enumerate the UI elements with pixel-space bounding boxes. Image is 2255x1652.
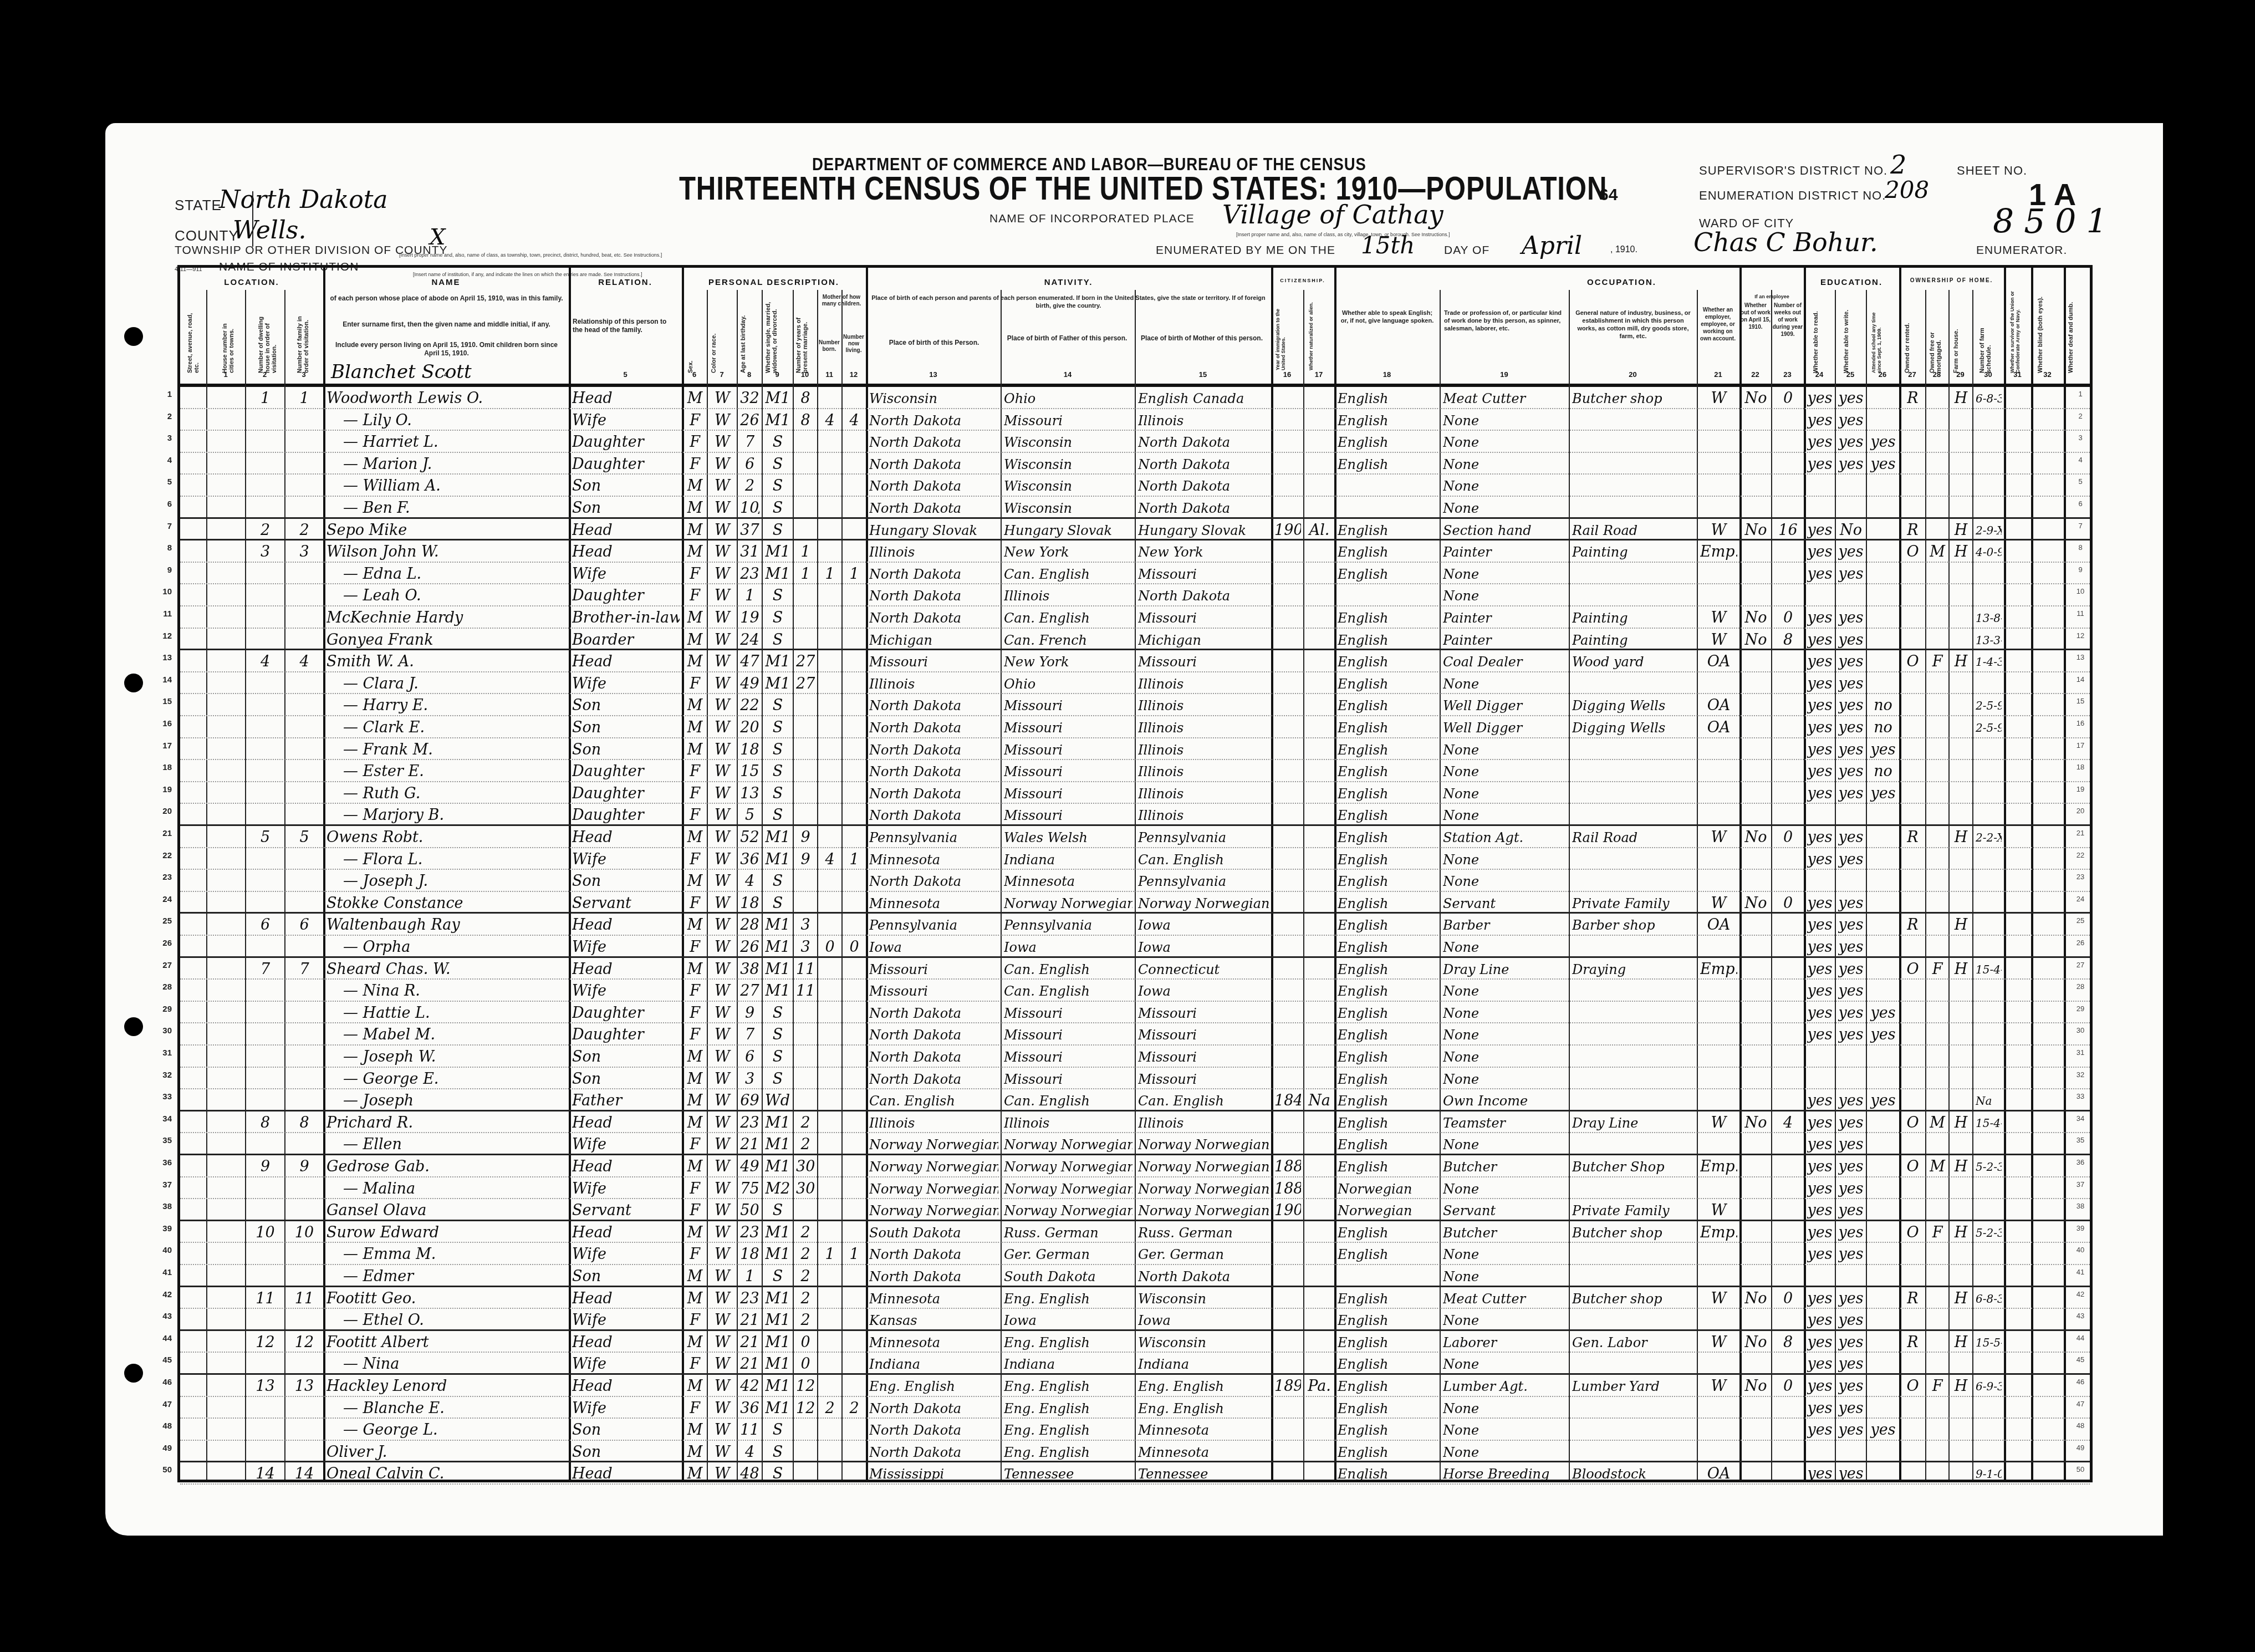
cell-fh xyxy=(1952,1133,1970,1155)
cell-sch xyxy=(1869,606,1897,629)
cell-nat xyxy=(1307,1309,1332,1331)
cell-sch xyxy=(1869,1331,1897,1353)
cell-sex: M xyxy=(685,738,705,761)
column-number: 14 xyxy=(1001,370,1135,379)
cell-dw xyxy=(248,760,282,782)
cell-sex: F xyxy=(685,848,705,870)
cell-race: W xyxy=(710,629,734,651)
cell-nat xyxy=(1307,475,1332,497)
cell-bf: Ohio xyxy=(1004,387,1132,409)
cell-fam xyxy=(288,1177,321,1200)
table-row: 55Owens Robt.HeadMW52M19PennsylvaniaWale… xyxy=(180,826,2090,848)
cell-fh xyxy=(1952,1462,1970,1485)
cell-fh: H xyxy=(1952,1221,1970,1243)
cell-trade: None xyxy=(1443,1177,1567,1200)
cell-own xyxy=(1902,1441,1923,1463)
cell-rel: Wife xyxy=(572,1397,680,1419)
cell-fh xyxy=(1952,1068,1970,1090)
cell-race: W xyxy=(710,409,734,431)
cell-ind xyxy=(1572,1397,1695,1419)
cell-liv xyxy=(845,519,864,541)
cell-trade: Own Income xyxy=(1443,1089,1567,1111)
cell-emp xyxy=(1700,1002,1737,1024)
cell-liv: 1 xyxy=(845,848,864,870)
cell-sch xyxy=(1869,1068,1897,1090)
cell-lang: English xyxy=(1338,1353,1437,1375)
cell-rd: yes xyxy=(1807,1023,1833,1046)
cell-lang: English xyxy=(1338,519,1437,541)
cell-imm: 1889 xyxy=(1274,1155,1301,1177)
cell-wks xyxy=(1774,1353,1802,1375)
cell-ind xyxy=(1572,870,1695,892)
cell-nat xyxy=(1307,1133,1332,1155)
cell-race: W xyxy=(710,1089,734,1111)
ed-value: 208 xyxy=(1885,176,1929,203)
cell-fh xyxy=(1952,804,1970,826)
cell-race: W xyxy=(710,563,734,585)
cell-bm: Illinois xyxy=(1138,672,1269,695)
township-note: [Insert proper name and, also, name of c… xyxy=(399,252,662,258)
cell-trade: Well Digger xyxy=(1443,716,1567,738)
cell-born: 4 xyxy=(820,848,839,870)
table-row: — JosephFatherMW69Wd.Can. EnglishCan. En… xyxy=(180,1089,2090,1111)
cell-bf: Can. English xyxy=(1004,958,1132,980)
cell-mort xyxy=(1929,1177,1946,1200)
cell-oow xyxy=(1743,672,1769,695)
cell-lang: English xyxy=(1338,387,1437,409)
cell-fam xyxy=(288,694,321,716)
cell-mort: F xyxy=(1929,1221,1946,1243)
cell-oow xyxy=(1743,497,1769,519)
cell-wr: yes xyxy=(1838,782,1864,804)
cell-nat: Al. xyxy=(1307,519,1332,541)
cell-mar: S xyxy=(765,1441,790,1463)
cell-oow xyxy=(1743,1068,1769,1090)
cell-race: W xyxy=(710,1199,734,1221)
cell-rd: yes xyxy=(1807,387,1833,409)
note-immigration: Year of immigration to the United States… xyxy=(1275,295,1295,370)
table-row: 99Gedrose Gab.HeadMW49M130Norway Norwegi… xyxy=(180,1155,2090,1177)
cell-wr xyxy=(1838,584,1864,606)
cell-born xyxy=(820,716,839,738)
cell-born xyxy=(820,826,839,848)
cell-born xyxy=(820,804,839,826)
cell-liv xyxy=(845,1046,864,1068)
cell-bp: North Dakota xyxy=(869,1068,998,1090)
state-value: North Dakota xyxy=(219,186,388,214)
cell-sch xyxy=(1869,497,1897,519)
cell-sch xyxy=(1869,1177,1897,1200)
cell-lang: English xyxy=(1338,1221,1437,1243)
cell-yrs xyxy=(796,1419,815,1441)
cell-nat xyxy=(1307,782,1332,804)
column-number: 1 xyxy=(206,370,245,379)
line-number: 38 xyxy=(155,1202,172,1211)
cell-race: W xyxy=(710,914,734,936)
cell-sex: F xyxy=(685,804,705,826)
cell-rel: Son xyxy=(572,716,680,738)
cell-liv xyxy=(845,1462,864,1485)
cell-sex: M xyxy=(685,694,705,716)
cell-imm xyxy=(1274,1419,1301,1441)
note-birth-person: Place of birth of this Person. xyxy=(870,339,998,347)
cell-sch xyxy=(1869,519,1897,541)
cell-race: W xyxy=(710,672,734,695)
cell-ind xyxy=(1572,409,1695,431)
cell-born xyxy=(820,1177,839,1200)
cell-lang: English xyxy=(1338,1068,1437,1090)
cell-rel: Wife xyxy=(572,1133,680,1155)
cell-imm xyxy=(1274,650,1301,672)
cell-bm: Can. English xyxy=(1138,1089,1269,1111)
cell-lang: English xyxy=(1338,1397,1437,1419)
cell-rd: yes xyxy=(1807,1419,1833,1441)
cell-ind xyxy=(1572,1089,1695,1111)
cell-lang xyxy=(1338,475,1437,497)
cell-yrs xyxy=(796,606,815,629)
cell-race: W xyxy=(710,1353,734,1375)
cell-sex: M xyxy=(685,1155,705,1177)
cell-oow xyxy=(1743,453,1769,475)
cell-dw xyxy=(248,1133,282,1155)
cell-rel: Daughter xyxy=(572,1023,680,1046)
column-number: 20 xyxy=(1569,370,1697,379)
cell-rd: yes xyxy=(1807,936,1833,958)
cell-sch xyxy=(1869,1111,1897,1134)
cell-nat xyxy=(1307,409,1332,431)
cell-lang: English xyxy=(1338,716,1437,738)
cell-bf: Pennsylvania xyxy=(1004,914,1132,936)
column-number: 15 xyxy=(1135,370,1271,379)
cell-born xyxy=(820,541,839,563)
cell-lang: English xyxy=(1338,1287,1437,1309)
cell-age: 18 xyxy=(740,738,759,761)
cell-bf: Norway Norwegian xyxy=(1004,1199,1132,1221)
cell-bp: North Dakota xyxy=(869,1397,998,1419)
cell-fs xyxy=(1976,1046,2002,1068)
cell-rel: Daughter xyxy=(572,1002,680,1024)
cell-emp: W xyxy=(1700,892,1737,914)
cell-emp xyxy=(1700,563,1737,585)
line-number: 48 xyxy=(155,1421,172,1431)
cell-wr: yes xyxy=(1838,541,1864,563)
cell-rd xyxy=(1807,584,1833,606)
cell-trade: None xyxy=(1443,1419,1567,1441)
cell-race: W xyxy=(710,1046,734,1068)
cell-bm: Russ. German xyxy=(1138,1221,1269,1243)
cell-yrs: 12 xyxy=(796,1375,815,1397)
cell-ind xyxy=(1572,738,1695,761)
cell-bm: Norway Norwegian xyxy=(1138,1199,1269,1221)
cell-mort xyxy=(1929,1265,1946,1287)
cell-emp xyxy=(1700,453,1737,475)
cell-own xyxy=(1902,563,1923,585)
cell-sex: M xyxy=(685,826,705,848)
cell-race: W xyxy=(710,694,734,716)
cell-liv xyxy=(845,980,864,1002)
column-number: 6 xyxy=(682,370,707,379)
cell-bp: Norway Norwegian xyxy=(869,1177,998,1200)
cell-rel: Son xyxy=(572,1265,680,1287)
column-number: 13 xyxy=(866,370,1001,379)
cell-mort xyxy=(1929,409,1946,431)
cell-mort xyxy=(1929,1441,1946,1463)
cell-yrs xyxy=(796,1002,815,1024)
cell-mort xyxy=(1929,980,1946,1002)
cell-mar: S xyxy=(765,870,790,892)
cell-bm: North Dakota xyxy=(1138,453,1269,475)
cell-wks xyxy=(1774,1419,1802,1441)
cell-trade: None xyxy=(1443,1046,1567,1068)
line-number: 3 xyxy=(155,434,172,443)
column-number: 25 xyxy=(1835,370,1866,379)
cell-trade: Station Agt. xyxy=(1443,826,1567,848)
table-row: — NinaWifeFW21M10IndianaIndianaIndianaEn… xyxy=(180,1353,2090,1375)
column-number: 27 xyxy=(1899,370,1925,379)
group-relation: RELATION. xyxy=(569,278,682,287)
cell-rd: yes xyxy=(1807,694,1833,716)
column-number: 9 xyxy=(762,370,793,379)
note-weeks-out: Number of weeks out of work during year … xyxy=(1772,302,1803,338)
cell-wr: yes xyxy=(1838,1177,1864,1200)
cell-rel: Wife xyxy=(572,563,680,585)
cell-rd xyxy=(1807,870,1833,892)
cell-name: — Leah O. xyxy=(326,584,583,606)
table-row: — Harriet L.DaughterFW7SNorth DakotaWisc… xyxy=(180,431,2090,453)
cell-fh xyxy=(1952,1002,1970,1024)
cell-bm: Iowa xyxy=(1138,980,1269,1002)
cell-fam: 7 xyxy=(288,958,321,980)
cell-name: — Marjory B. xyxy=(326,804,583,826)
cell-name: — Ruth G. xyxy=(326,782,583,804)
cell-yrs xyxy=(796,1046,815,1068)
line-number: 42 xyxy=(155,1290,172,1299)
cell-lang: English xyxy=(1338,936,1437,958)
cell-name: — Ben F. xyxy=(326,497,583,519)
cell-age: 23 xyxy=(740,1221,759,1243)
cell-rd xyxy=(1807,497,1833,519)
cell-emp: OA xyxy=(1700,694,1737,716)
cell-oow xyxy=(1743,1397,1769,1419)
cell-sex: F xyxy=(685,936,705,958)
cell-age: 1 xyxy=(740,584,759,606)
cell-oow xyxy=(1743,1177,1769,1200)
cell-imm xyxy=(1274,980,1301,1002)
cell-yrs: 9 xyxy=(796,826,815,848)
cell-rel: Daughter xyxy=(572,453,680,475)
cell-oow xyxy=(1743,936,1769,958)
cell-oow xyxy=(1743,804,1769,826)
cell-fs: 5-2-3-X xyxy=(1976,1221,2002,1243)
line-number: 21 xyxy=(155,829,172,838)
cell-imm xyxy=(1274,453,1301,475)
enumerator-name: Chas C Bohur. xyxy=(1693,227,1878,257)
cell-ind xyxy=(1572,1265,1695,1287)
cell-wr: yes xyxy=(1838,1133,1864,1155)
note-nativity: Place of birth of each person and parent… xyxy=(870,294,1267,310)
cell-wks xyxy=(1774,1397,1802,1419)
cell-nat xyxy=(1307,760,1332,782)
table-row: — Lily O.WifeFW26M1844North DakotaMissou… xyxy=(180,409,2090,431)
cell-imm xyxy=(1274,804,1301,826)
cell-bp: North Dakota xyxy=(869,782,998,804)
cell-rd: yes xyxy=(1807,1243,1833,1265)
note-age: Age at last birthday. xyxy=(740,298,747,373)
cell-sch: no xyxy=(1869,716,1897,738)
cell-own xyxy=(1902,694,1923,716)
cell-wks xyxy=(1774,1068,1802,1090)
cell-sch: yes xyxy=(1869,431,1897,453)
cell-born xyxy=(820,1265,839,1287)
cell-name: Oneal Calvin C. xyxy=(326,1462,567,1485)
cell-race: W xyxy=(710,1419,734,1441)
cell-oow: No xyxy=(1743,1111,1769,1134)
cell-wks xyxy=(1774,1265,1802,1287)
cell-yrs xyxy=(796,738,815,761)
cell-bp: Norway Norwegian xyxy=(869,1133,998,1155)
cell-oow xyxy=(1743,694,1769,716)
cell-ind: Gen. Labor xyxy=(1572,1331,1695,1353)
cell-wr: No xyxy=(1838,519,1864,541)
cell-name: Woodworth Lewis O. xyxy=(326,387,567,409)
cell-name: Surow Edward xyxy=(326,1221,567,1243)
cell-dw xyxy=(248,672,282,695)
cell-bp: South Dakota xyxy=(869,1221,998,1243)
cell-sex: F xyxy=(685,563,705,585)
cell-trade: None xyxy=(1443,409,1567,431)
cell-born: 1 xyxy=(820,1243,839,1265)
cell-bm: North Dakota xyxy=(1138,475,1269,497)
cell-sex: F xyxy=(685,1199,705,1221)
cell-wr: yes xyxy=(1838,892,1864,914)
table-row: — Blanche E.WifeFW36M11222North DakotaEn… xyxy=(180,1397,2090,1419)
cell-mar: S xyxy=(765,606,790,629)
cell-own xyxy=(1902,870,1923,892)
table-row: — George E.SonMW3SNorth DakotaMissouriMi… xyxy=(180,1068,2090,1090)
cell-born xyxy=(820,672,839,695)
cell-fh xyxy=(1952,694,1970,716)
cell-ind: Butcher Shop xyxy=(1572,1155,1695,1177)
cell-own: R xyxy=(1902,387,1923,409)
line-number: 13 xyxy=(155,653,172,662)
cell-emp: W xyxy=(1700,1375,1737,1397)
note-deaf: Whether deaf and dumb. xyxy=(2068,276,2074,373)
cell-wr: yes xyxy=(1838,629,1864,651)
group-personal: PERSONAL DESCRIPTION. xyxy=(682,278,866,287)
cell-fh: H xyxy=(1952,1331,1970,1353)
cell-emp xyxy=(1700,782,1737,804)
cell-nat xyxy=(1307,1243,1332,1265)
cell-sch: no xyxy=(1869,694,1897,716)
cell-sch xyxy=(1869,650,1897,672)
line-number: 27 xyxy=(155,961,172,970)
cell-mort xyxy=(1929,848,1946,870)
cell-rel: Son xyxy=(572,1419,680,1441)
cell-mort xyxy=(1929,1243,1946,1265)
column-number: 7 xyxy=(707,370,737,379)
cell-wr: yes xyxy=(1838,1199,1864,1221)
cell-age: 7 xyxy=(740,1023,759,1046)
cell-mort xyxy=(1929,936,1946,958)
cell-own xyxy=(1902,584,1923,606)
cell-wks xyxy=(1774,1462,1802,1485)
cell-wr: yes xyxy=(1838,650,1864,672)
table-row: 77Sheard Chas. W.HeadMW38M111MissouriCan… xyxy=(180,958,2090,980)
group-nativity: NATIVITY. xyxy=(866,278,1271,287)
cell-rd: yes xyxy=(1807,606,1833,629)
cell-fam xyxy=(288,409,321,431)
cell-age: 69 xyxy=(740,1089,759,1111)
cell-liv xyxy=(845,1309,864,1331)
cell-trade: None xyxy=(1443,1068,1567,1090)
cell-liv xyxy=(845,606,864,629)
cell-bp: North Dakota xyxy=(869,1441,998,1463)
cell-wks xyxy=(1774,1155,1802,1177)
cell-mort xyxy=(1929,629,1946,651)
cell-own xyxy=(1902,980,1923,1002)
cell-fam xyxy=(288,760,321,782)
cell-bm: English Canada xyxy=(1138,387,1269,409)
cell-sex: F xyxy=(685,1002,705,1024)
cell-name: — Joseph J. xyxy=(326,870,583,892)
cell-race: W xyxy=(710,870,734,892)
cell-mort xyxy=(1929,760,1946,782)
group-citizenship: CITIZENSHIP. xyxy=(1271,278,1334,283)
cell-trade: Meat Cutter xyxy=(1443,1287,1567,1309)
cell-age: 10/12 xyxy=(740,497,759,519)
cell-bm: Illinois xyxy=(1138,694,1269,716)
cell-yrs xyxy=(796,1023,815,1046)
cell-dw xyxy=(248,738,282,761)
cell-mort: F xyxy=(1929,958,1946,980)
cell-oow: No xyxy=(1743,1331,1769,1353)
cell-race: W xyxy=(710,1397,734,1419)
cell-age: 1 xyxy=(740,1265,759,1287)
cell-imm xyxy=(1274,738,1301,761)
cell-born: 2 xyxy=(820,1397,839,1419)
cell-born: 4 xyxy=(820,409,839,431)
cell-emp xyxy=(1700,848,1737,870)
cell-own: O xyxy=(1902,541,1923,563)
note-birth-father: Place of birth of Father of this person. xyxy=(1003,334,1131,343)
cell-imm xyxy=(1274,760,1301,782)
cell-yrs: 8 xyxy=(796,387,815,409)
cell-bm: Norway Norwegian xyxy=(1138,1155,1269,1177)
table-row: — Joseph J.SonMW4SNorth DakotaMinnesotaP… xyxy=(180,870,2090,892)
cell-oow xyxy=(1743,1199,1769,1221)
cell-lang: Norwegian xyxy=(1338,1199,1437,1221)
cell-sex: M xyxy=(685,629,705,651)
cell-trade: None xyxy=(1443,1265,1567,1287)
cell-name: — Ellen xyxy=(326,1133,583,1155)
note-trade: Trade or profession of, or particular ki… xyxy=(1444,309,1566,333)
cell-bm: Missouri xyxy=(1138,1002,1269,1024)
cell-bf: Eng. English xyxy=(1004,1331,1132,1353)
cell-race: W xyxy=(710,387,734,409)
cell-fs xyxy=(1976,475,2002,497)
cell-oow xyxy=(1743,782,1769,804)
cell-race: W xyxy=(710,519,734,541)
cell-lang: English xyxy=(1338,826,1437,848)
cell-mar: S xyxy=(765,475,790,497)
cell-age: 49 xyxy=(740,1155,759,1177)
cell-oow: No xyxy=(1743,1375,1769,1397)
cell-trade: Meat Cutter xyxy=(1443,387,1567,409)
cell-own xyxy=(1902,409,1923,431)
cell-emp: W xyxy=(1700,1111,1737,1134)
cell-lang: English xyxy=(1338,760,1437,782)
cell-mort xyxy=(1929,1046,1946,1068)
